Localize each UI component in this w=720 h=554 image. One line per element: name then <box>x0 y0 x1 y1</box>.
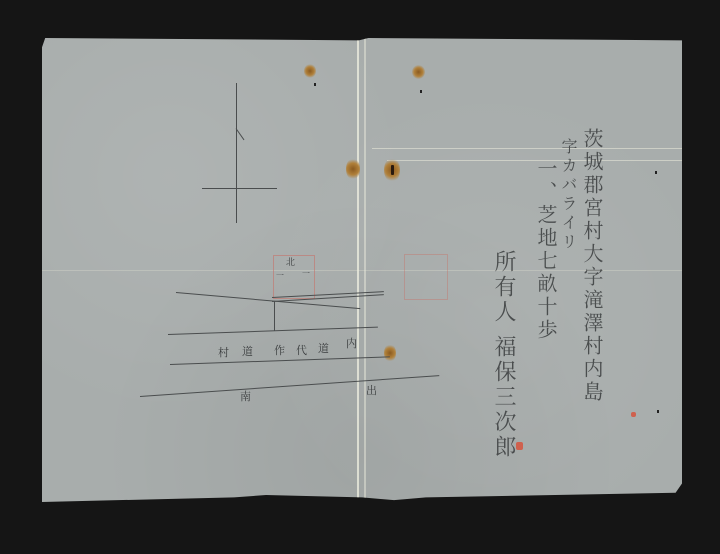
wormhole <box>391 165 394 175</box>
stain <box>346 158 360 180</box>
seal-mark-small <box>631 412 636 417</box>
map-label: 代 <box>296 342 307 358</box>
map-label: 作 <box>274 342 285 358</box>
map-label: 一 <box>276 270 284 281</box>
text-column-land: 一、芝地七畝十歩 <box>536 158 556 342</box>
ink-dot <box>655 171 657 174</box>
ink-dot <box>657 410 659 413</box>
seal-mark <box>516 442 523 450</box>
map-label-north: 北 <box>286 255 295 268</box>
stain <box>304 64 316 78</box>
map-label: 内 <box>346 335 357 351</box>
map-label: 出 <box>366 382 377 398</box>
road-line <box>168 327 378 335</box>
text-column-address: 茨城郡宮村大字滝澤村内島 <box>582 128 602 404</box>
cross-line <box>202 188 277 189</box>
ink-dot <box>420 90 422 93</box>
parcel-box-right <box>404 254 448 300</box>
map-label: 道 <box>242 343 253 359</box>
ink-dot <box>314 83 316 86</box>
text-column-aza: 字カバライリ <box>560 138 576 252</box>
document-paper: 北 一 一 村 道 作 代 道 内 南 出 茨城郡宮村大字滝澤村内島 字カバライ… <box>42 38 682 502</box>
text-column-owner: 所有人 福保三次郎 <box>492 250 514 460</box>
crease <box>372 148 682 149</box>
map-label: 一 <box>302 268 310 279</box>
parcel-edge <box>274 301 275 331</box>
map-label: 村 <box>218 344 229 360</box>
north-arrow-line <box>236 83 237 223</box>
stain <box>384 344 396 362</box>
map-label: 道 <box>318 340 329 356</box>
map-label-south: 南 <box>240 388 251 404</box>
road-line <box>140 375 439 397</box>
stain <box>412 65 425 79</box>
